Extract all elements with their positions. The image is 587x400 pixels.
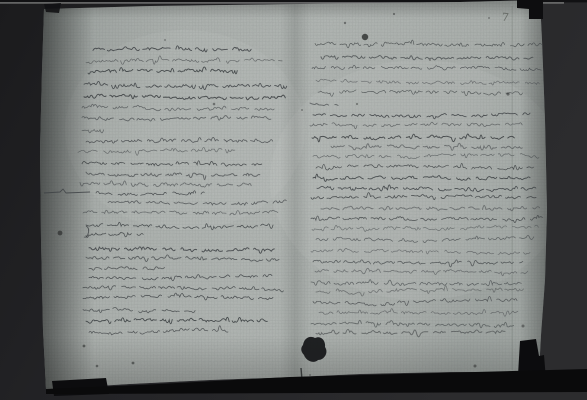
paper-speck	[522, 325, 525, 328]
gutter-fold-shade	[280, 0, 310, 392]
paper-speck	[474, 365, 477, 368]
paper-speck	[309, 374, 311, 376]
paper-speck	[164, 39, 166, 41]
microfilm-frame: 7	[0, 0, 587, 400]
paper-speck	[393, 13, 395, 15]
paper-speck	[213, 103, 216, 106]
corner-notch-top-left	[44, 3, 61, 13]
paper-speck	[506, 92, 509, 95]
paper-speck	[58, 231, 63, 236]
paper-speck	[356, 103, 358, 105]
left-edge-shadow	[38, 0, 94, 392]
paper-speck	[301, 109, 303, 111]
manuscript-spread: 7	[38, 0, 570, 396]
paper-speck	[96, 365, 99, 368]
paper-speck	[132, 362, 135, 365]
paper-speck	[429, 59, 431, 61]
fold-crease	[512, 6, 513, 370]
paper-speck	[362, 34, 368, 40]
paper-speck	[488, 17, 490, 19]
paper-speck	[83, 345, 86, 348]
paper-speck	[344, 22, 346, 24]
manuscript-scan: 7	[0, 0, 587, 400]
